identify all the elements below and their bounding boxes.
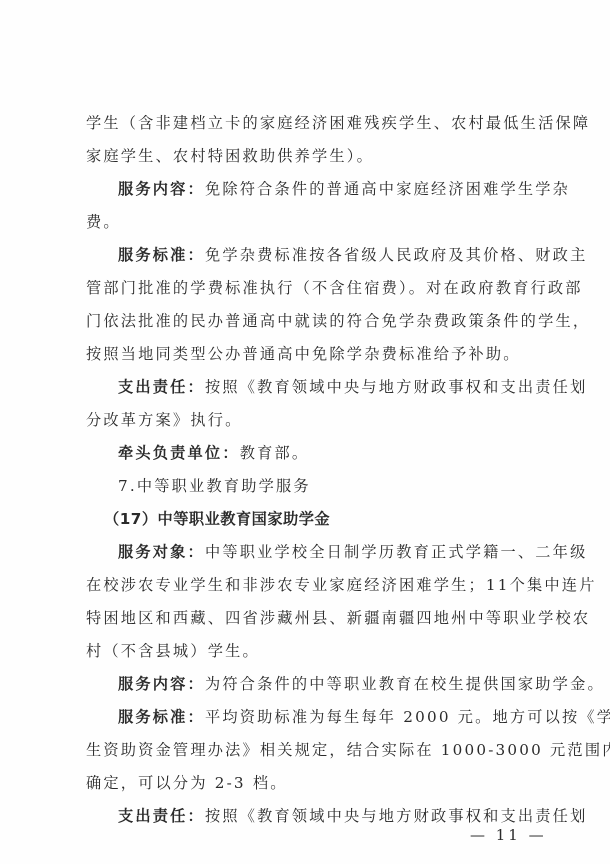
paragraph-line: 按照当地同类型公办普通高中免除学杂费标准给予补助。 xyxy=(86,344,532,364)
field-label: 支出责任： xyxy=(118,378,205,396)
expenditure-line: 支出责任：按照《教育领域中央与地方财政事权和支出责任划 xyxy=(118,806,532,826)
field-label: 服务内容： xyxy=(118,180,205,198)
document-page: 学生（含非建档立卡的家庭经济困难残疾学生、农村最低生活保障 家庭学生、农村特困救… xyxy=(0,0,610,864)
service-target-line: 服务对象：中等职业学校全日制学历教育正式学籍一、二年级 xyxy=(118,542,532,562)
paragraph-line: 管部门批准的学费标准执行（不含住宿费）。对在政府教育行政部 xyxy=(86,278,532,298)
field-label: 服务对象： xyxy=(118,543,205,561)
field-value: 免学杂费标准按各省级人民政府及其价格、财政主 xyxy=(205,246,588,264)
field-value: 中等职业学校全日制学历教育正式学籍一、二年级 xyxy=(205,543,588,561)
expenditure-line: 支出责任：按照《教育领域中央与地方财政事权和支出责任划 xyxy=(118,377,532,397)
field-label: 服务内容： xyxy=(118,675,205,693)
service-content-line: 服务内容：为符合条件的中等职业教育在校生提供国家助学金。 xyxy=(118,674,532,694)
field-label: 服务标准： xyxy=(118,246,205,264)
paragraph-line: 门依法批准的民办普通高中就读的符合免学杂费政策条件的学生， xyxy=(86,311,532,331)
field-value: 为符合条件的中等职业教育在校生提供国家助学金。 xyxy=(205,675,605,693)
section-heading: 7.中等职业教育助学服务 xyxy=(118,476,532,496)
paragraph-line: 学生（含非建档立卡的家庭经济困难残疾学生、农村最低生活保障 xyxy=(86,113,532,133)
paragraph-line: 费。 xyxy=(86,212,532,232)
field-value: 平均资助标准为每生每年 2000 元。地方可以按《学 xyxy=(205,708,610,726)
service-content-line: 服务内容：免除符合条件的普通高中家庭经济困难学生学杂 xyxy=(118,179,532,199)
page-number: — 11 — xyxy=(470,826,547,844)
field-label: 服务标准： xyxy=(118,708,205,726)
field-value: 免除符合条件的普通高中家庭经济困难学生学杂 xyxy=(205,180,570,198)
paragraph-line: 生资助资金管理办法》相关规定，结合实际在 1000-3000 元范围内 xyxy=(86,740,532,760)
field-label: 支出责任： xyxy=(118,807,205,825)
paragraph-line: 村（不含县城）学生。 xyxy=(86,641,532,661)
service-standard-line: 服务标准：平均资助标准为每生每年 2000 元。地方可以按《学 xyxy=(118,707,532,727)
paragraph-line: 家庭学生、农村特困救助供养学生）。 xyxy=(86,146,532,166)
service-standard-line: 服务标准：免学杂费标准按各省级人民政府及其价格、财政主 xyxy=(118,245,532,265)
field-value: 教育部。 xyxy=(240,444,310,462)
field-value: 按照《教育领域中央与地方财政事权和支出责任划 xyxy=(205,378,588,396)
subsection-heading: （17）中等职业教育国家助学金 xyxy=(104,509,518,529)
paragraph-line: 分改革方案》执行。 xyxy=(86,410,532,430)
paragraph-line: 确定，可以分为 2-3 档。 xyxy=(86,773,532,793)
field-label: 牵头负责单位： xyxy=(118,444,240,462)
field-value: 按照《教育领域中央与地方财政事权和支出责任划 xyxy=(205,807,588,825)
lead-unit-line: 牵头负责单位：教育部。 xyxy=(118,443,532,463)
paragraph-line: 在校涉农专业学生和非涉农专业家庭经济困难学生；11个集中连片 xyxy=(86,575,532,595)
paragraph-line: 特困地区和西藏、四省涉藏州县、新疆南疆四地州中等职业学校农 xyxy=(86,608,532,628)
